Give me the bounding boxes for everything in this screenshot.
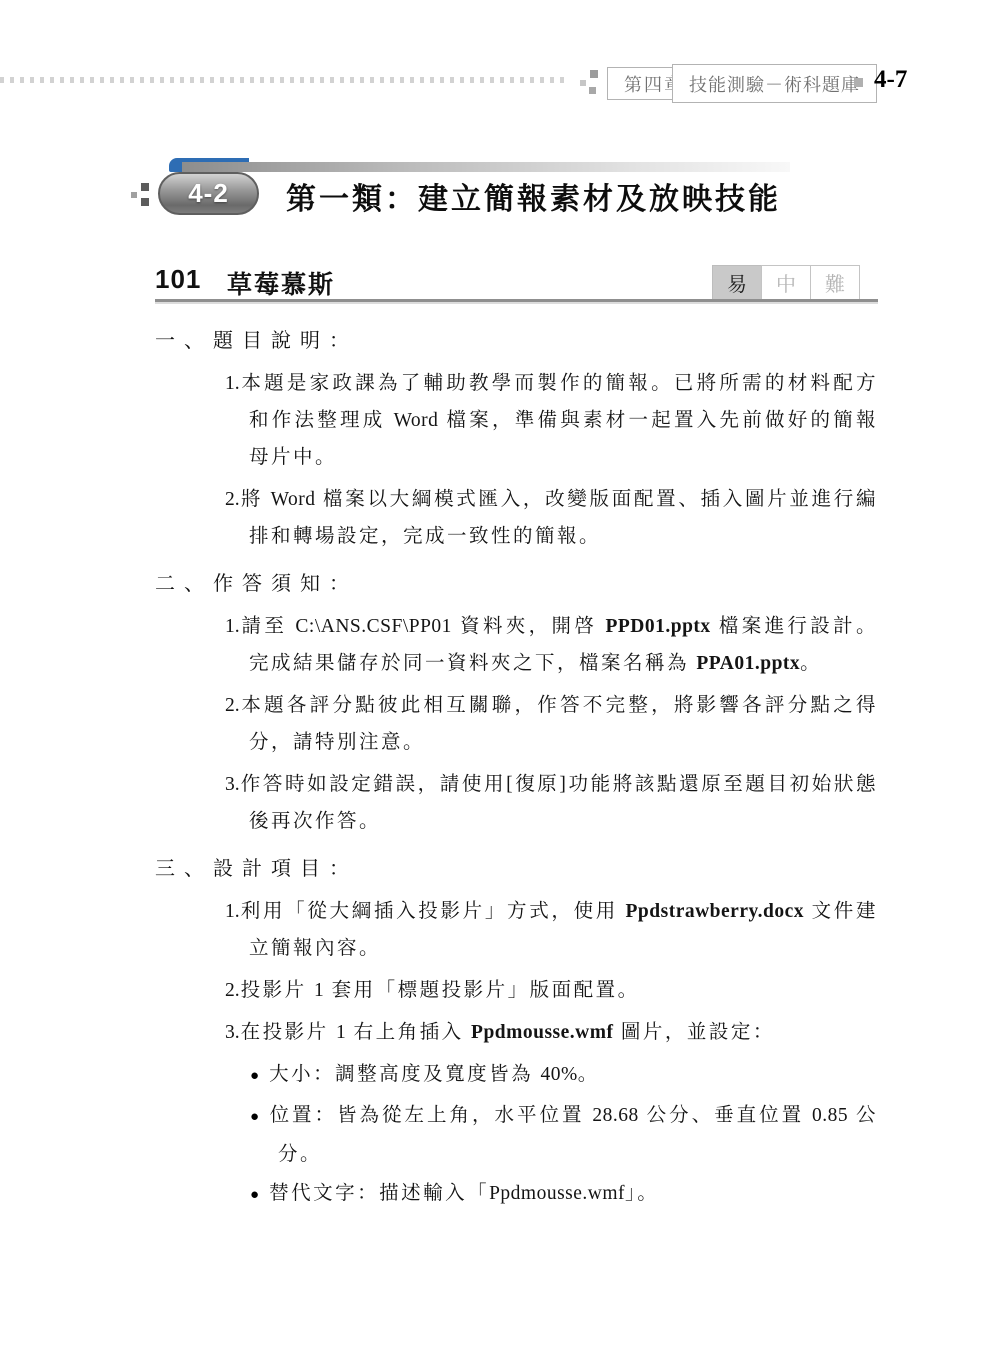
banner-pixel-square bbox=[131, 192, 137, 198]
item-text: 投影片 1 套用「標題投影片」版面配置。 bbox=[241, 980, 640, 1001]
section-description: 一、題目說明： 1.本題是家政課為了輔助教學而製作的簡報。已將所需的材料配方和作… bbox=[155, 323, 878, 555]
numbered-item: 1.利用「從大綱插入投影片」方式，使用 Ppdstrawberry.docx 文… bbox=[225, 893, 878, 967]
bullet-text: 替代文字：描述輸入「Ppdmousse.wmf」。 bbox=[269, 1183, 659, 1204]
bullet-text: 位置：皆為從左上角，水平位置 28.68 公分、垂直位置 0.85 公分。 bbox=[270, 1105, 878, 1165]
bullet-item: ●大小：調整高度及寬度皆為 40%。 bbox=[250, 1056, 878, 1095]
section-number-badge: 4-2 bbox=[158, 172, 259, 215]
page-number: 4-7 bbox=[874, 66, 907, 94]
item-text: 利用「從大綱插入投影片」方式，使用 Ppdstrawberry.docx 文件建… bbox=[241, 901, 878, 959]
item-number: 3. bbox=[225, 774, 241, 795]
item-text: 請至 C:\ANS.CSF\PP01 資料夾，開啓 PPD01.pptx 檔案進… bbox=[241, 616, 878, 674]
item-number: 3. bbox=[225, 1022, 241, 1043]
header-pixel-square bbox=[589, 87, 596, 94]
bullet-text: 大小：調整高度及寬度皆為 40%。 bbox=[269, 1064, 600, 1085]
difficulty-easy: 易 bbox=[712, 265, 762, 300]
item-number: 1. bbox=[225, 616, 241, 637]
item-number: 2. bbox=[225, 489, 241, 510]
numbered-item: 3.作答時如設定錯誤，請使用[復原]功能將該點還原至題目初始狀態後再次作答。 bbox=[225, 766, 878, 840]
banner-pixel-square bbox=[141, 198, 149, 206]
document-page: 第四章 技能測驗－術科題庫 4-7 4-2 第一類：建立簡報素材及放映技能 10… bbox=[0, 0, 1000, 1356]
section-instructions: 二、作答須知： 1.請至 C:\ANS.CSF\PP01 資料夾，開啓 PPD0… bbox=[155, 566, 878, 840]
item-text: 將 Word 檔案以大綱模式匯入，改變版面配置、插入圖片並進行編排和轉場設定，完… bbox=[241, 489, 878, 547]
item-text: 在投影片 1 右上角插入 Ppdmousse.wmf 圖片，並設定： bbox=[241, 1022, 775, 1043]
item-text: 作答時如設定錯誤，請使用[復原]功能將該點還原至題目初始狀態後再次作答。 bbox=[241, 774, 878, 832]
bullet-item: ●替代文字：描述輸入「Ppdmousse.wmf」。 bbox=[250, 1175, 878, 1214]
banner-gradient-bar bbox=[182, 162, 790, 172]
item-number: 1. bbox=[225, 373, 241, 394]
item-text: 本題是家政課為了輔助教學而製作的簡報。已將所需的材料配方和作法整理成 Word … bbox=[241, 373, 878, 468]
banner-pixel-square bbox=[141, 183, 149, 191]
header-pixel-square bbox=[580, 80, 586, 86]
numbered-item: 1.請至 C:\ANS.CSF\PP01 資料夾，開啓 PPD01.pptx 檔… bbox=[225, 608, 878, 682]
header-pixel-square bbox=[590, 70, 598, 78]
item-number: 2. bbox=[225, 695, 241, 716]
numbered-item: 1.本題是家政課為了輔助教學而製作的簡報。已將所需的材料配方和作法整理成 Wor… bbox=[225, 365, 878, 476]
question-number: 101 bbox=[155, 264, 201, 295]
question-divider-rule bbox=[155, 299, 878, 302]
numbered-item: 2.投影片 1 套用「標題投影片」版面配置。 bbox=[225, 972, 878, 1009]
difficulty-hard: 難 bbox=[810, 265, 860, 300]
numbered-item: 2.將 Word 檔案以大綱模式匯入，改變版面配置、插入圖片並進行編排和轉場設定… bbox=[225, 481, 878, 555]
difficulty-selector: 易 中 難 bbox=[713, 265, 860, 300]
item-number: 1. bbox=[225, 901, 241, 922]
numbered-item: 3.在投影片 1 右上角插入 Ppdmousse.wmf 圖片，並設定： bbox=[225, 1014, 878, 1051]
section-design-tasks: 三、設計項目： 1.利用「從大綱插入投影片」方式，使用 Ppdstrawberr… bbox=[155, 851, 878, 1214]
section-title: 第一類：建立簡報素材及放映技能 bbox=[286, 174, 781, 218]
item-number: 2. bbox=[225, 980, 241, 1001]
bullet-icon: ● bbox=[250, 1068, 269, 1084]
bullet-item: ●位置：皆為從左上角，水平位置 28.68 公分、垂直位置 0.85 公分。 bbox=[250, 1097, 878, 1173]
section-heading: 一、題目說明： bbox=[155, 323, 878, 360]
section-heading: 三、設計項目： bbox=[155, 851, 878, 888]
page-number-square bbox=[854, 78, 863, 87]
bullet-icon: ● bbox=[250, 1109, 270, 1125]
numbered-item: 2.本題各評分點彼此相互關聯，作答不完整，將影響各評分點之得分，請特別注意。 bbox=[225, 687, 878, 761]
header-dotted-line bbox=[0, 77, 566, 83]
bullet-icon: ● bbox=[250, 1187, 269, 1203]
question-title: 草莓慕斯 bbox=[227, 265, 335, 301]
chapter-title: 技能測驗－術科題庫 bbox=[672, 64, 877, 103]
item-text: 本題各評分點彼此相互關聯，作答不完整，將影響各評分點之得分，請特別注意。 bbox=[241, 695, 878, 753]
question-body: 一、題目說明： 1.本題是家政課為了輔助教學而製作的簡報。已將所需的材料配方和作… bbox=[155, 323, 878, 1224]
difficulty-medium: 中 bbox=[761, 265, 811, 300]
section-heading: 二、作答須知： bbox=[155, 566, 878, 603]
